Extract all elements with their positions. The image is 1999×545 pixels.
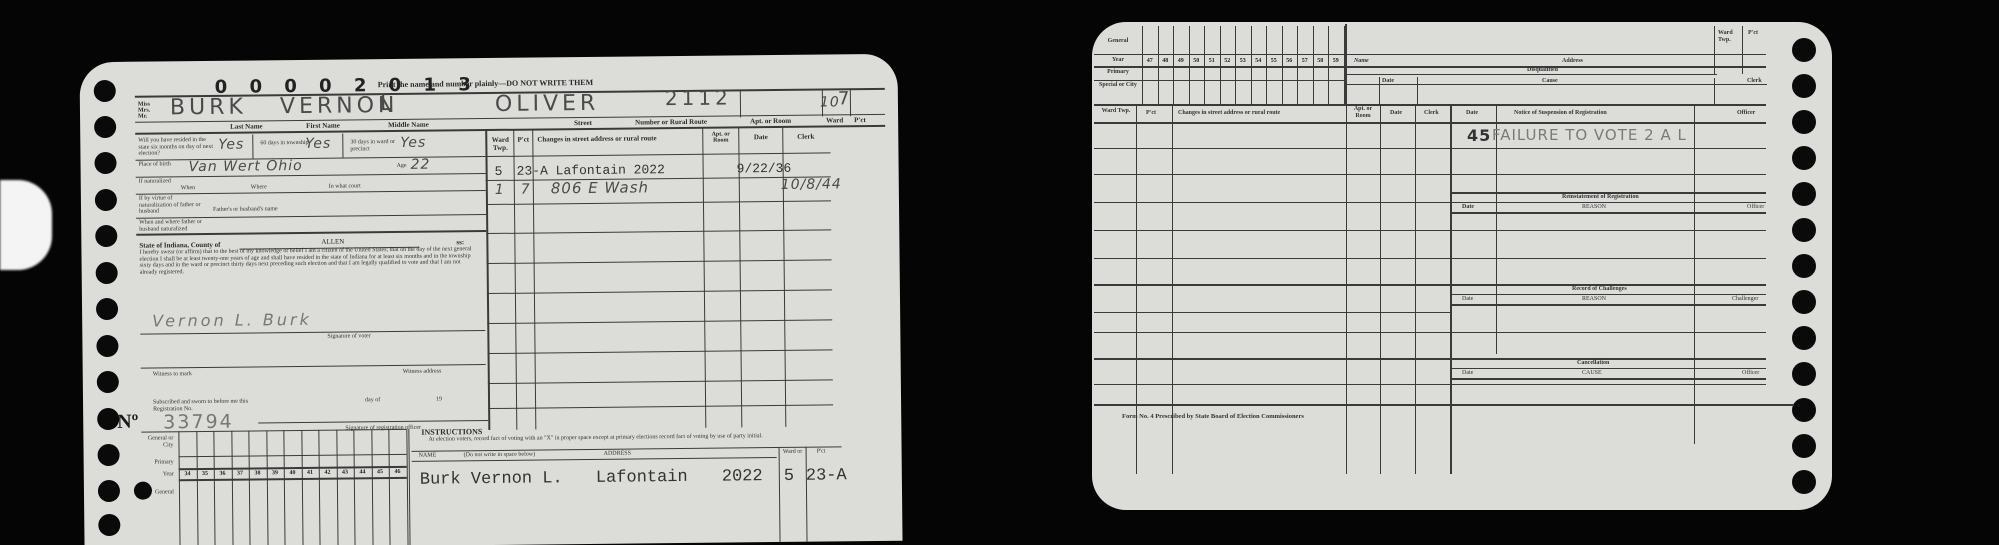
grid-label-year: Year: [142, 471, 174, 478]
back-grid-label-primary: Primary: [1096, 69, 1140, 76]
voting-year-cell: 36: [214, 471, 232, 477]
punch-hole: [1792, 182, 1816, 206]
father-naturalized-label: When and where father or husband natural…: [139, 219, 219, 233]
cancellation-header-date: Date: [1462, 370, 1473, 377]
voting-year-cell: 52: [1220, 58, 1236, 64]
street-label: Street: [574, 119, 592, 127]
typed-street: Lafontain: [596, 468, 688, 488]
punch-hole: [1792, 326, 1816, 350]
suspension-date: 45: [1467, 126, 1491, 145]
grid-label-primary: Primary: [134, 459, 174, 466]
punch-hole: [1792, 362, 1816, 386]
front-voting-year-cells: [79, 54, 897, 63]
changes-header-date: Date: [739, 133, 782, 141]
punch-hole: [94, 152, 116, 174]
back-name-label: Name: [1354, 58, 1369, 65]
pct-label: P'ct: [854, 116, 866, 124]
voting-year-cell: 59: [1328, 58, 1344, 64]
back-changes-header-date: Date: [1390, 110, 1402, 117]
changes-header-pct: P'ct: [514, 136, 532, 144]
punch-hole: [96, 335, 118, 357]
voting-year-cell: 49: [1173, 58, 1189, 64]
punch-hole: [1792, 146, 1816, 170]
suspension-notice: FAILURE TO VOTE 2 A L: [1492, 126, 1687, 144]
instructions-address-label: ADDRESS: [604, 451, 631, 458]
instructions-no-write: (Do not write in space below): [464, 452, 536, 459]
punch-hole: [1792, 38, 1816, 62]
ward-label: Ward: [826, 116, 843, 124]
punch-hole: [95, 225, 117, 247]
challenges-header-date: Date: [1462, 296, 1473, 303]
voting-year-cell: 48: [1158, 58, 1174, 64]
changes-header-clerk: Clerk: [783, 132, 828, 140]
changes-header-apt: Apt. or Room: [703, 131, 738, 143]
punch-hole: [97, 408, 119, 430]
residence-township-value: Yes: [305, 136, 331, 152]
voting-year-cell: 44: [354, 469, 372, 475]
residence-state-label: Will you have resided in the state six m…: [138, 137, 218, 157]
change-row-2-pct: 7: [521, 182, 531, 198]
voting-year-cell: 54: [1251, 58, 1267, 64]
voting-year-cell: 41: [301, 470, 319, 476]
instructions-pct-label: P'ct: [809, 448, 834, 455]
voting-year-cell: 46: [389, 469, 407, 475]
punch-hole: [96, 262, 118, 284]
punch-hole: [94, 80, 116, 102]
voting-year-cell: 42: [319, 470, 337, 476]
registration-card-back: General Year Primary Special or City Nam…: [1092, 22, 1832, 510]
age-value: 22: [410, 157, 430, 173]
suspension-header-date: Date: [1466, 110, 1478, 117]
father-name-label: Father's or husband's name: [213, 206, 278, 213]
voting-year-cell: 57: [1297, 58, 1313, 64]
house-number-value: 2112: [665, 85, 732, 110]
voting-year-cell: 37: [231, 471, 249, 477]
typed-number: 2022: [722, 467, 763, 486]
suspension-header-officer: Officer: [1737, 110, 1755, 117]
voting-year-cell: 47: [1142, 58, 1158, 64]
header-notice: Print the name and number plainly—DO NOT…: [378, 79, 594, 89]
back-disqualified-label: Disqualified: [1527, 67, 1558, 74]
oath-text: I hereby swear (or affirm) that to the b…: [139, 246, 479, 276]
cancellation-header-cause: CAUSE: [1582, 370, 1602, 377]
instructions-name-label: NAME: [419, 453, 437, 460]
cancellation-header-officer: Officer: [1742, 370, 1759, 377]
challenges-title: Record of Challenges: [1572, 286, 1627, 293]
challenges-header-reason: REASON: [1582, 296, 1606, 303]
change-row-1-address: Lafontain 2022: [556, 162, 665, 178]
voting-year-cell: 39: [266, 470, 284, 476]
change-row-2-ward: 1: [495, 182, 505, 198]
birth-value: Van Wert Ohio: [188, 158, 302, 175]
changes-header-address: Changes in street address or rural route: [537, 134, 656, 143]
punch-hole: [97, 371, 119, 393]
voter-signature-label: Signature of voter: [327, 333, 370, 340]
back-date-label: Date: [1382, 78, 1394, 85]
voting-year-cell: 45: [371, 469, 389, 475]
voting-year-cell: 35: [196, 471, 214, 477]
back-changes-header-pct: P'ct: [1146, 110, 1156, 117]
reinstatement-header-date: Date: [1462, 204, 1474, 211]
subscribed-label: Subscribed and sworn to before me this: [153, 399, 248, 406]
typed-pct: 23-A: [806, 466, 847, 485]
voting-year-cell: 55: [1266, 58, 1282, 64]
punch-hole: [98, 480, 120, 502]
naturalized-when: When: [181, 185, 195, 192]
voting-year-cell: 34: [179, 471, 197, 477]
scanner-glare: [0, 180, 52, 270]
changes-header-ward: Ward Twp.: [488, 136, 512, 152]
punch-hole: [97, 444, 119, 466]
punch-hole: [1792, 74, 1816, 98]
change-row-1-ward: 5: [495, 164, 503, 179]
residence-township-label: 60 days in township: [260, 140, 310, 147]
punch-hole: [1792, 398, 1816, 422]
punch-hole: [98, 514, 120, 536]
middle-name-label: Middle Name: [388, 121, 429, 129]
change-row-1-date: 9/22/36: [737, 161, 792, 177]
back-changes-header-apt: Apt. or Room: [1348, 106, 1378, 119]
grid-label-general: General: [134, 489, 174, 496]
grid-label-general-city: General or City: [141, 435, 173, 448]
year-prefix: 19: [436, 397, 442, 404]
change-row-2-date: 10/8/44: [781, 176, 842, 193]
voting-year-cell: 38: [249, 470, 267, 476]
residence-state-value: Yes: [218, 137, 244, 153]
punch-hole: [1792, 470, 1816, 494]
day-of-label: day of: [365, 397, 380, 404]
reinstatement-header-officer: Officer: [1747, 204, 1764, 211]
punch-hole: [1792, 290, 1816, 314]
challenges-header-challenger: Challenger: [1732, 296, 1758, 303]
punch-hole: [96, 298, 118, 320]
back-ward-label: Ward Twp.: [1718, 30, 1740, 43]
first-name-label: First Name: [306, 122, 340, 130]
punch-hole: [1792, 218, 1816, 242]
voting-year-cell: 43: [336, 469, 354, 475]
voting-year-cell: 40: [284, 470, 302, 476]
virtue-label: If by virtue of naturalization of father…: [139, 195, 201, 215]
reg-number-prefix: Nº: [117, 412, 138, 432]
typed-ward: 5: [784, 467, 794, 486]
instructions-text: At election voters, record fact of votin…: [428, 432, 828, 443]
witness-address-label: Witness address: [403, 369, 442, 376]
typed-name: Burk Vernon L.: [420, 469, 563, 489]
voting-year-cell: 50: [1189, 58, 1205, 64]
punch-hole: [1792, 254, 1816, 278]
middle-name-value: L: [380, 91, 397, 116]
reinstatement-header-reason: REASON: [1582, 204, 1606, 211]
punch-hole: [1792, 110, 1816, 134]
naturalized-court: In what court: [329, 183, 361, 190]
pct-value: 7: [838, 88, 854, 109]
voting-year-cell: 56: [1282, 58, 1298, 64]
back-grid-label-year: Year: [1096, 57, 1140, 64]
voting-year-cell: 53: [1235, 58, 1251, 64]
voting-year-cell: 58: [1313, 58, 1329, 64]
punch-hole: [95, 189, 117, 211]
title-label-mr: Mr.: [138, 114, 147, 120]
back-address-label: Address: [1562, 58, 1583, 65]
naturalized-label: If naturalized: [139, 178, 179, 185]
apt-label: Apt. or Room: [750, 117, 791, 125]
back-changes-header-ward: Ward Twp.: [1096, 108, 1136, 115]
change-row-1-pct: 23-A: [517, 163, 548, 178]
punch-hole: [1792, 434, 1816, 458]
registration-card-front: 0 0 0 0 2 0 1 3 Print the name and numbe…: [79, 54, 902, 545]
voting-year-cell: 51: [1204, 58, 1220, 64]
last-name-value: BURK: [170, 95, 247, 121]
instructions-ward-label: Ward or: [782, 449, 804, 456]
back-cause-label: Cause: [1542, 78, 1558, 85]
naturalized-where: Where: [251, 184, 267, 191]
oath-ss: ss:: [456, 238, 464, 246]
back-changes-header-address: Changes in street address or rural route: [1178, 110, 1280, 117]
last-name-label: Last Name: [230, 122, 263, 130]
reinstatement-title: Reinstatement of Registration: [1562, 194, 1639, 201]
street-value: OLIVER: [495, 91, 600, 117]
suspension-header-notice: Notice of Suspension of Registration: [1514, 110, 1607, 117]
form-footer: Form No. 4 Prescribed by State Board of …: [1122, 414, 1304, 421]
oath-county-value: ALLEN: [321, 238, 344, 246]
witness-label: Witness to mark: [153, 371, 192, 378]
cancellation-title: Cancellation: [1577, 360, 1609, 367]
voter-signature: Vernon L. Burk: [152, 310, 312, 331]
residence-ward-value: Yes: [400, 135, 426, 151]
age-label: Age: [397, 163, 407, 170]
change-row-2-address: 806 E Wash: [551, 178, 649, 197]
back-grid-label-general: General: [1096, 38, 1140, 45]
back-grid-label-special: Special or City: [1096, 82, 1140, 89]
back-clerk-label: Clerk: [1747, 78, 1762, 85]
back-pct-label: P'ct: [1748, 30, 1758, 37]
punch-hole: [94, 116, 116, 138]
birth-label: Place of birth: [139, 161, 179, 168]
back-changes-header-clerk: Clerk: [1424, 110, 1439, 117]
number-label: Number or Rural Route: [635, 118, 707, 127]
